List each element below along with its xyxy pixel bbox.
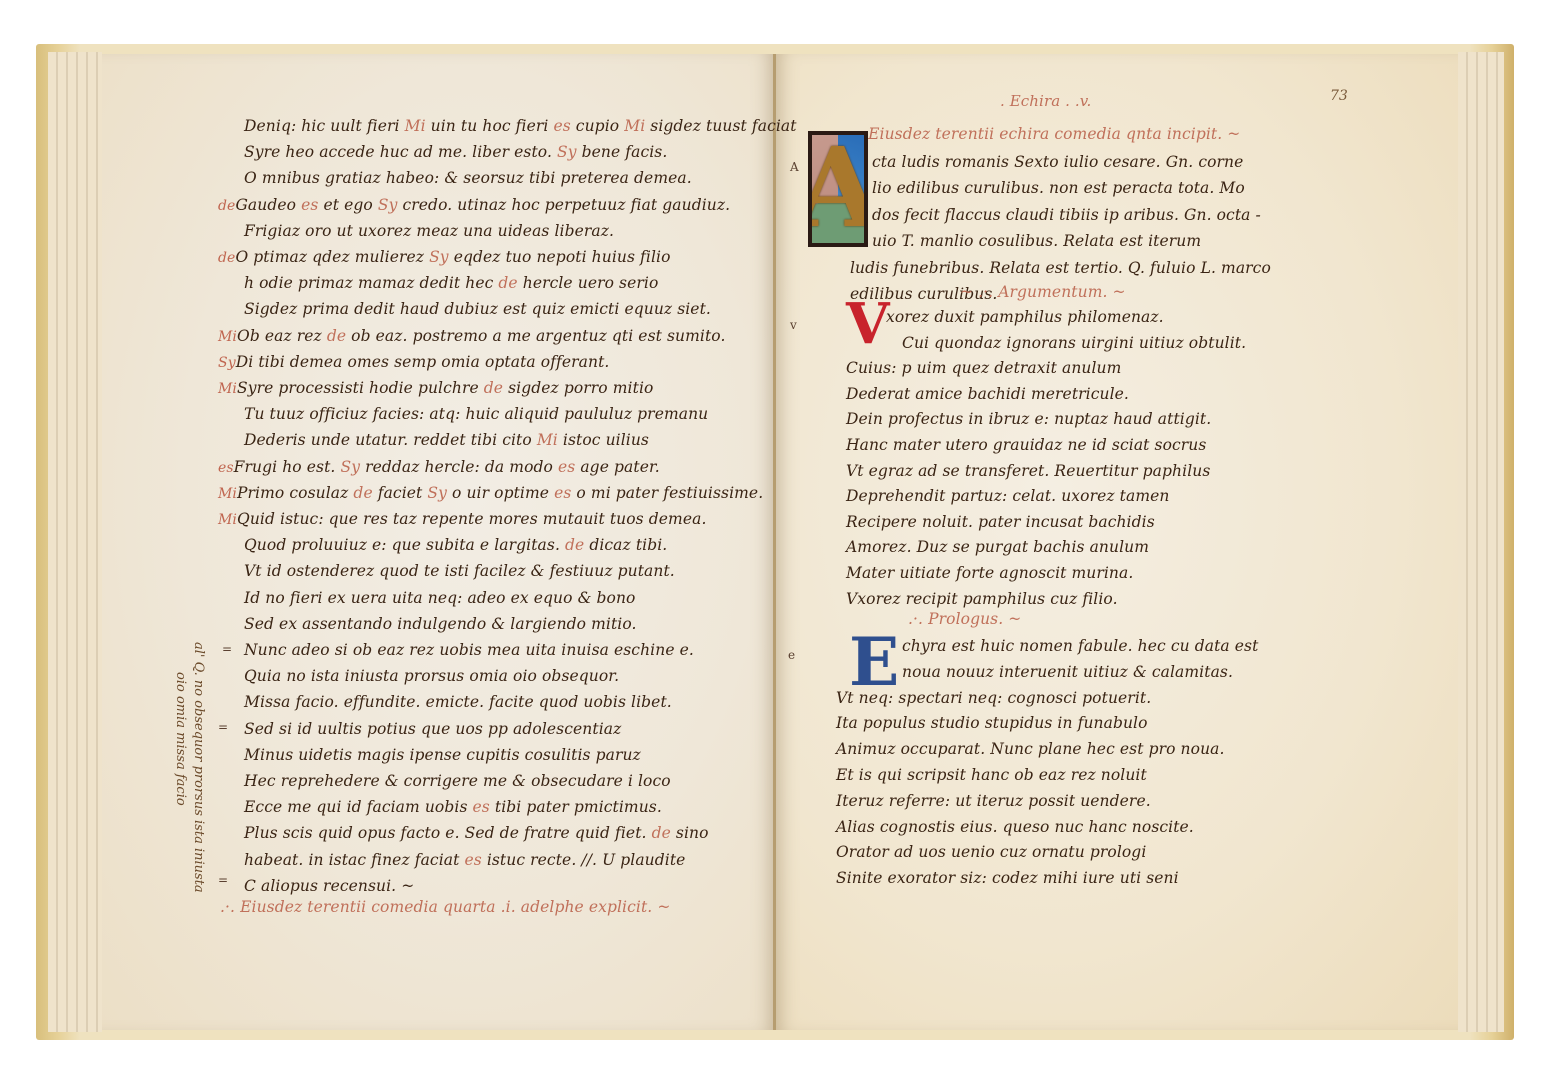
speaker-rubric: de: [484, 379, 503, 397]
verse-line: Vt neq: spectari neq: cognosci potuerit.: [836, 689, 1151, 707]
verse-line: Tu tuuz officiuz facies: atq: huic aliqu…: [244, 405, 708, 423]
verse-line: Mater uitiate forte agnoscit murina.: [846, 564, 1133, 582]
verse-line: Plus scis quid opus facto e. Sed de frat…: [244, 824, 709, 842]
speaker-marker: Mi: [218, 486, 237, 502]
verse-line: MiSyre processisti hodie pulchre de sigd…: [218, 379, 653, 397]
verse-line: Et is qui scripsit hanc ob eaz rez nolui…: [836, 766, 1147, 784]
verse-line: MiPrimo cosulaz de faciet Sy o uir optim…: [218, 484, 763, 502]
folio-number: 73: [1330, 88, 1348, 104]
speaker-rubric: Mi: [405, 117, 426, 135]
speaker-rubric: Sy: [378, 196, 398, 214]
verse-text: o uir optime: [447, 484, 554, 502]
speaker-rubric: de: [565, 536, 584, 554]
verse-line: deGaudeo es et ego Sy credo. utinaz hoc …: [218, 196, 730, 214]
verse-line: lio edilibus curulibus. non est peracta …: [872, 179, 1245, 197]
verse-text: Frigiaz oro ut uxorez meaz una uideas li…: [244, 222, 614, 240]
verse-text: O ptimaz qdez mulierez: [235, 248, 429, 266]
verse-text: Quia no ista iniusta prorsus omia oio ob…: [244, 667, 619, 685]
verse-line: esFrugi ho est. Sy reddaz hercle: da mod…: [218, 458, 660, 476]
speaker-rubric: Sy: [427, 484, 447, 502]
speaker-rubric: es: [553, 117, 570, 135]
verse-line: Vxorez recipit pamphilus cuz filio.: [846, 590, 1118, 608]
verse-line: Id no fieri ex uera uita neq: adeo ex eq…: [244, 589, 635, 607]
verse-text: Deniq: hic uult fieri: [244, 117, 405, 135]
verse-line: dos fecit flaccus claudi tibiis ip aribu…: [872, 206, 1261, 224]
verse-text: Syre heo accede huc ad me. liber esto.: [244, 143, 557, 161]
verse-text: eqdez tuo nepoti huius filio: [449, 248, 671, 266]
verse-text: Sigdez prima dedit haud dubiuz est quiz …: [244, 300, 711, 318]
explicit-rubric: .·. Eiusdez terentii comedia quarta .i. …: [220, 898, 670, 916]
speaker-rubric: es: [464, 851, 481, 869]
verse-line: Sigdez prima dedit haud dubiuz est quiz …: [244, 300, 711, 318]
verse-line: h odie primaz mamaz dedit hec de hercle …: [244, 274, 658, 292]
verse-line: Vt id ostenderez quod te isti facilez & …: [244, 562, 675, 580]
verse-line: Orator ad uos uenio cuz ornatu prologi: [836, 843, 1146, 861]
verse-line: MiOb eaz rez de ob eaz. postremo a me ar…: [218, 327, 726, 345]
gutter: [773, 54, 776, 1030]
speaker-marker: es: [218, 460, 234, 476]
verse-text: Minus uidetis magis ipense cupitis cosul…: [244, 746, 641, 764]
blue-initial-e: E: [849, 629, 899, 695]
speaker-rubric: es: [558, 458, 575, 476]
speaker-marker: Mi: [218, 381, 237, 397]
right-page-edges: [1458, 52, 1504, 1032]
verse-line: uio T. manlio cosulibus. Relata est iter…: [872, 232, 1201, 250]
verse-text: o mi pater festiuissime.: [571, 484, 763, 502]
verse-text: age pater.: [575, 458, 660, 476]
verse-line: Missa facio. effundite. emicte. facite q…: [244, 693, 672, 711]
verse-text: Tu tuuz officiuz facies: atq: huic aliqu…: [244, 405, 708, 423]
verse-text: sino: [671, 824, 709, 842]
speaker-rubric: de: [353, 484, 372, 502]
guide-letter-e: e: [788, 648, 795, 662]
verse-text: reddaz hercle: da modo: [360, 458, 558, 476]
incipit-rubric: .·. Eiusdez terentii echira comedia qnta…: [848, 125, 1240, 143]
verse-text: Di tibi demea omes semp omia optata offe…: [236, 353, 610, 371]
speaker-rubric: es: [554, 484, 571, 502]
verse-line: Sed si id uultis potius que uos pp adole…: [244, 720, 621, 738]
verse-text: Missa facio. effundite. emicte. facite q…: [244, 693, 672, 711]
speaker-marker: de: [218, 250, 235, 266]
speaker-rubric: Sy: [557, 143, 577, 161]
verse-text: hercle uero serio: [518, 274, 659, 292]
verse-line: habeat. in istac finez faciat es istuc r…: [244, 851, 685, 869]
speaker-marker: de: [218, 198, 235, 214]
verse-text: Quid istuc: que res taz repente mores mu…: [237, 510, 706, 528]
verse-line: Cuius: p uim quez detraxit anulum: [846, 359, 1121, 377]
margin-mark: =: [222, 642, 232, 656]
guide-letter-a: A: [790, 160, 799, 174]
verse-line: Quia no ista iniusta prorsus omia oio ob…: [244, 667, 619, 685]
verse-line: Dein profectus in ibruz e: nuptaz haud a…: [846, 410, 1211, 428]
verse-line: Quod proluuiuz e: que subita e largitas.…: [244, 536, 667, 554]
verse-line: Animuz occuparat. Nunc plane hec est pro…: [836, 740, 1225, 758]
verse-text: Sed si id uultis potius que uos pp adole…: [244, 720, 621, 738]
speaker-rubric: de: [652, 824, 671, 842]
verse-text: Gaudeo: [235, 196, 301, 214]
verse-line: Nunc adeo si ob eaz rez uobis mea uita i…: [244, 641, 694, 659]
verse-text: Hec reprehedere & corrigere me & obsecud…: [244, 772, 671, 790]
verse-line: Minus uidetis magis ipense cupitis cosul…: [244, 746, 641, 764]
speaker-rubric: es: [473, 798, 490, 816]
verse-text: faciet: [373, 484, 428, 502]
speaker-rubric: Sy: [429, 248, 449, 266]
verse-text: C aliopus recensui. ~: [244, 877, 414, 895]
verse-text: Quod proluuiuz e: que subita e largitas.: [244, 536, 565, 554]
illuminated-initial-a: A: [808, 131, 868, 247]
speaker-rubric: Mi: [624, 117, 645, 135]
verse-line: chyra est huic nomen fabule. hec cu data…: [902, 637, 1258, 655]
argumentum-heading: ~ .·. Argumentum. ~: [960, 283, 1126, 301]
verse-text: Plus scis quid opus facto e. Sed de frat…: [244, 824, 652, 842]
verse-line: Sinite exorator siz: codez mihi iure uti…: [836, 869, 1179, 887]
verse-text: Frugi ho est.: [234, 458, 341, 476]
verse-text: Id no fieri ex uera uita neq: adeo ex eq…: [244, 589, 635, 607]
verse-text: dicaz tibi.: [584, 536, 667, 554]
verse-line: Cui quondaz ignorans uirgini uitiuz obtu…: [902, 334, 1246, 352]
verse-text: bene facis.: [577, 143, 668, 161]
speaker-marker: Mi: [218, 329, 237, 345]
verse-text: sigdez porro mitio: [503, 379, 653, 397]
marginal-note-2: oio omia missa facio: [173, 672, 188, 806]
left-page-edges: [48, 52, 102, 1032]
verse-line: Dederis unde utatur. reddet tibi cito Mi…: [244, 431, 649, 449]
verse-line: C aliopus recensui. ~: [244, 877, 414, 895]
verse-text: h odie primaz mamaz dedit hec: [244, 274, 498, 292]
verse-line: Alias cognostis eius. queso nuc hanc nos…: [836, 818, 1194, 836]
speaker-marker: Sy: [218, 355, 236, 371]
verse-line: Deniq: hic uult fieri Mi uin tu hoc fier…: [244, 117, 797, 135]
verse-line: Frigiaz oro ut uxorez meaz una uideas li…: [244, 222, 614, 240]
verse-text: Ob eaz rez: [237, 327, 327, 345]
verse-text: Sed ex assentando indulgendo & largiendo…: [244, 615, 637, 633]
verse-line: ludis funebribus. Relata est tertio. Q. …: [850, 259, 1271, 277]
verse-line: noua nouuz interuenit uitiuz & calamitas…: [902, 663, 1233, 681]
speaker-rubric: de: [498, 274, 517, 292]
verse-line: Amorez. Duz se purgat bachis anulum: [846, 538, 1149, 556]
verse-line: MiQuid istuc: que res taz repente mores …: [218, 510, 706, 528]
verse-line: cta ludis romanis Sexto iulio cesare. Gn…: [872, 153, 1243, 171]
verse-text: O mnibus gratiaz habeo: & seorsuz tibi p…: [244, 169, 692, 187]
verse-line: Vt egraz ad se transferet. Reuertitur pa…: [846, 462, 1210, 480]
speaker-rubric: es: [301, 196, 318, 214]
verse-line: Hec reprehedere & corrigere me & obsecud…: [244, 772, 671, 790]
margin-mark: =: [218, 873, 228, 887]
verse-text: Syre processisti hodie pulchre: [237, 379, 484, 397]
verse-text: Ecce me qui id faciam uobis: [244, 798, 473, 816]
verse-line: Ita populus studio stupidus in funabulo: [836, 714, 1148, 732]
verse-text: istuc recte. //. U plaudite: [482, 851, 686, 869]
verse-text: istoc uilius: [558, 431, 649, 449]
verse-line: O mnibus gratiaz habeo: & seorsuz tibi p…: [244, 169, 692, 187]
verse-line: SyDi tibi demea omes semp omia optata of…: [218, 353, 609, 371]
verse-line: deO ptimaz qdez mulierez Sy eqdez tuo ne…: [218, 248, 671, 266]
red-initial-v: V: [846, 296, 889, 352]
prologus-heading: .·. Prologus. ~: [908, 610, 1021, 628]
verse-line: Iteruz referre: ut iteruz possit uendere…: [836, 792, 1151, 810]
speaker-rubric: Sy: [340, 458, 360, 476]
verse-line: Dederat amice bachidi meretricule.: [846, 385, 1129, 403]
verse-line: Hanc mater utero grauidaz ne id sciat so…: [846, 436, 1206, 454]
margin-mark: =: [218, 720, 228, 734]
verse-text: Primo cosulaz: [237, 484, 353, 502]
verse-text: uin tu hoc fieri: [426, 117, 554, 135]
verse-text: Dederis unde utatur. reddet tibi cito: [244, 431, 537, 449]
verse-line: Deprehendit partuz: celat. uxorez tamen: [846, 487, 1169, 505]
verse-text: habeat. in istac finez faciat: [244, 851, 464, 869]
running-head: . Echira . .v.: [1000, 92, 1091, 110]
verse-line: Recipere noluit. pater incusat bachidis: [846, 513, 1155, 531]
marginal-note-1: al' Q. no obsequor prorsus ista iniusta: [191, 642, 206, 893]
verse-text: et ego: [318, 196, 377, 214]
verse-text: Nunc adeo si ob eaz rez uobis mea uita i…: [244, 641, 694, 659]
verse-line: Ecce me qui id faciam uobis es tibi pate…: [244, 798, 662, 816]
verse-line: Syre heo accede huc ad me. liber esto. S…: [244, 143, 667, 161]
speaker-rubric: de: [327, 327, 346, 345]
verse-line: xorez duxit pamphilus philomenaz.: [886, 308, 1164, 326]
verse-text: sigdez tuust faciat: [645, 117, 796, 135]
verse-text: credo. utinaz hoc perpetuuz fiat gaudiuz…: [397, 196, 730, 214]
verse-text: cupio: [571, 117, 624, 135]
initial-letter: A: [812, 135, 864, 243]
speaker-marker: Mi: [218, 512, 237, 528]
verse-line: Sed ex assentando indulgendo & largiendo…: [244, 615, 637, 633]
verse-text: ob eaz. postremo a me argentuz qti est s…: [346, 327, 725, 345]
guide-letter-v: v: [790, 318, 797, 332]
verse-text: tibi pater pmictimus.: [490, 798, 662, 816]
verse-text: Vt id ostenderez quod te isti facilez & …: [244, 562, 675, 580]
speaker-rubric: Mi: [537, 431, 558, 449]
